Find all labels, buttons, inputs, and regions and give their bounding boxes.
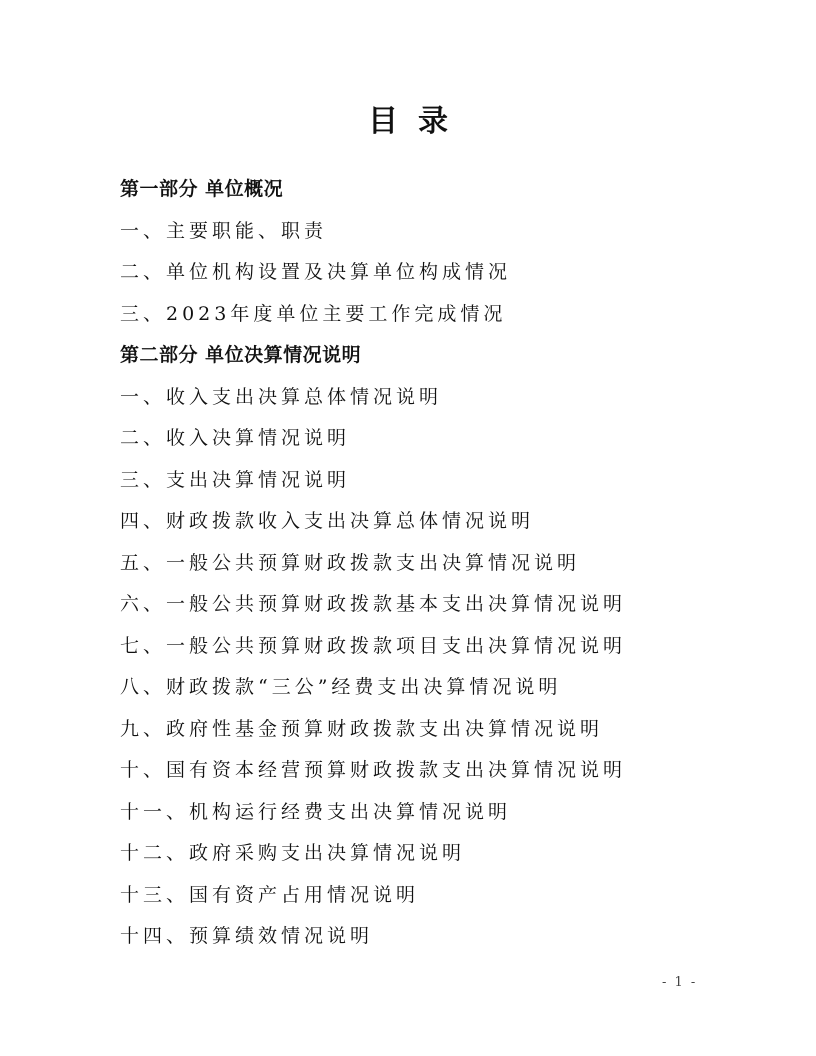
toc-item: 二、单位机构设置及决算单位构成情况 [120, 257, 626, 299]
toc-item: 十一、机构运行经费支出决算情况说明 [120, 797, 626, 839]
toc-part-1: 第一部分 单位概况 [120, 174, 626, 216]
toc-item: 四、财政拨款收入支出决算总体情况说明 [120, 506, 626, 548]
toc-item: 三、2023年度单位主要工作完成情况 [120, 299, 626, 341]
toc-item: 八、财政拨款“三公”经费支出决算情况说明 [120, 672, 626, 714]
toc-item: 五、一般公共预算财政拨款支出决算情况说明 [120, 548, 626, 590]
page-number: - 1 - [662, 975, 697, 990]
toc-item: 六、一般公共预算财政拨款基本支出决算情况说明 [120, 589, 626, 631]
toc-item: 十、国有资本经营预算财政拨款支出决算情况说明 [120, 755, 626, 797]
toc-item: 十四、预算绩效情况说明 [120, 921, 626, 963]
page-title: 目录 [0, 96, 816, 140]
table-of-contents: 第一部分 单位概况 一、主要职能、职责 二、单位机构设置及决算单位构成情况 三、… [120, 174, 626, 963]
toc-item: 二、收入决算情况说明 [120, 423, 626, 465]
toc-item: 十二、政府采购支出决算情况说明 [120, 838, 626, 880]
toc-item: 十三、国有资产占用情况说明 [120, 880, 626, 922]
toc-item: 七、一般公共预算财政拨款项目支出决算情况说明 [120, 631, 626, 673]
toc-item: 一、收入支出决算总体情况说明 [120, 382, 626, 424]
toc-item: 九、政府性基金预算财政拨款支出决算情况说明 [120, 714, 626, 756]
toc-part-2: 第二部分 单位决算情况说明 [120, 340, 626, 382]
toc-item: 一、主要职能、职责 [120, 216, 626, 258]
toc-item: 三、支出决算情况说明 [120, 465, 626, 507]
